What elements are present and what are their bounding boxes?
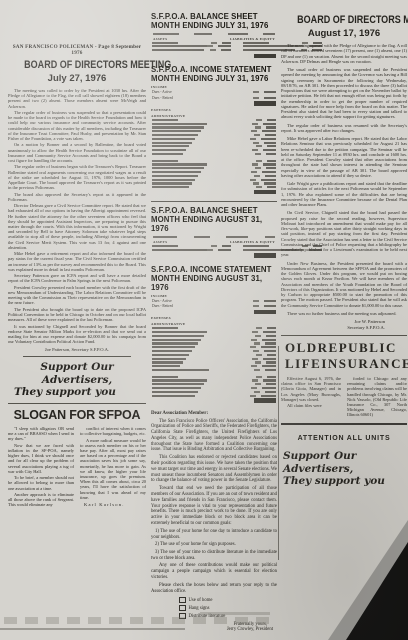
- old-republic-headline-line1: OLD REPUBLIC: [285, 340, 403, 356]
- advert-slogan-line2: They support you: [8, 386, 146, 399]
- table-row: [152, 350, 276, 352]
- checkbox-label: Hang signs: [189, 606, 210, 611]
- divider: [281, 335, 407, 336]
- balance-july-subtitle: MONTH ENDING JULY 31, 1976: [151, 21, 277, 30]
- paragraph: 1) The use of your home for one day to i…: [151, 529, 277, 540]
- paragraph: The meeting was called to order by the P…: [8, 88, 146, 109]
- table-row: [152, 153, 276, 155]
- table-row: [152, 327, 276, 329]
- newspaper-page: SAN FRANCISCO POLICEMAN - Page 8 Septemb…: [0, 0, 408, 640]
- income-august-total: [152, 398, 276, 402]
- table-row: [152, 160, 276, 162]
- headline-word: REPUBLIC: [318, 340, 397, 356]
- signature-title: Secretary S.F.P.O.A.: [281, 325, 385, 331]
- paragraph: 3) The use of your time to distribute li…: [151, 550, 277, 561]
- paragraph: The regular order of business was resume…: [281, 123, 407, 134]
- paragraph: conflict of interest when it comes to co…: [80, 426, 146, 436]
- slogan-article-columns: "I sleep with alligators OR send me a ca…: [8, 426, 146, 509]
- income-july-subtitle: MONTH ENDING JULY 31, 1976: [151, 74, 277, 83]
- income-august-admin-rows: [151, 327, 277, 371]
- paragraph: To be brief, a member should not be allo…: [8, 475, 74, 491]
- insurance-column-2: forded to Chicago and any remaining clai…: [347, 376, 407, 419]
- table-row: [152, 175, 276, 177]
- paragraph: The board also approved the Secretary's …: [8, 192, 146, 202]
- paragraph: Mike Hebel gave a retirement report and …: [8, 251, 146, 272]
- right-column: BOARD OF DIRECTORS MEETING August 17, 19…: [281, 14, 407, 488]
- paragraph: Mike Hebel gave a Labor Relations report…: [281, 136, 407, 178]
- slogan-column-2: conflict of interest when it comes to co…: [80, 426, 146, 509]
- advert-slogan-line1: Support Our Advertisers,: [283, 450, 407, 475]
- table-row: [152, 138, 276, 140]
- advert-slogan-bottom: Support Our Advertisers, They support yo…: [281, 450, 407, 488]
- association-letter: Dear Association Member: The San Francis…: [151, 411, 277, 634]
- middle-column: S.F.P.O.A. BALANCE SHEET MONTH ENDING JU…: [151, 12, 277, 633]
- attention-all-units-title: ATTENTION ALL UNITS: [281, 435, 407, 442]
- paragraph: The regular order of business was suspen…: [8, 110, 146, 141]
- paragraph: It was motioned by Chignell and Seconded…: [8, 324, 146, 345]
- balance-sheet-july: S.F.P.O.A. BALANCE SHEET MONTH ENDING JU…: [151, 12, 277, 58]
- paragraph: Secretary Patterson gave an ICPA report …: [8, 273, 146, 283]
- income-row-label: Dues - Active: [152, 299, 172, 303]
- august-meeting-dateline: August 17, 1976: [281, 28, 407, 39]
- divider-thick: [281, 423, 407, 426]
- table-row: [152, 365, 276, 367]
- table-row: [152, 49, 231, 51]
- income-july-total: [152, 190, 276, 194]
- balance-august-total: [152, 253, 276, 257]
- paragraph: All claim files were: [281, 403, 341, 408]
- slogan-column-2-text: conflict of interest when it comes to co…: [80, 426, 146, 500]
- table-row: [152, 182, 276, 184]
- balance-august-subtitle: MONTH ENDING AUGUST 31, 1976: [151, 215, 277, 233]
- advert-slogan-top: Support Our Advertisers, They support yo…: [8, 361, 146, 399]
- paragraph: Any one of these contributions would mak…: [151, 563, 277, 580]
- table-row: [152, 335, 276, 337]
- paragraph: Effective August 6, 1976, the claims off…: [281, 376, 341, 402]
- table-row: [152, 123, 276, 125]
- paragraph: Toward that end we need the participatio…: [151, 486, 277, 526]
- table-row: [152, 179, 276, 181]
- table-row: [152, 395, 276, 397]
- balance-july-title: S.F.P.O.A. BALANCE SHEET: [151, 12, 277, 21]
- july-meeting-headline: BOARD OF DIRECTORS MEETING: [8, 59, 146, 72]
- table-row: [152, 249, 231, 251]
- scan-smudge: [4, 617, 272, 624]
- paragraph: The regular order of business began with…: [8, 164, 146, 190]
- assets-header: ASSETS: [153, 240, 167, 244]
- assets-header: ASSETS: [153, 37, 167, 41]
- paragraph: The meeting opened with the Pledge of Al…: [281, 43, 407, 64]
- august-meeting-body: The meeting opened with the Pledge of Al…: [281, 43, 407, 316]
- table-row: [152, 358, 276, 360]
- balance-july-meta: [153, 33, 275, 35]
- divider: [8, 403, 146, 404]
- scan-smudge: [200, 612, 270, 615]
- paragraph: Director Delmas gave a Civil Service Com…: [8, 203, 146, 250]
- income-row-label: Dues - Retired: [152, 96, 173, 100]
- expenses-label: EXPENSES: [151, 108, 277, 112]
- headline-word: OLD: [285, 340, 318, 356]
- table-row: [152, 331, 276, 333]
- checkbox-icon: [179, 597, 186, 604]
- paragraph: Gale Wright gave a publications report a…: [281, 181, 407, 207]
- table-row: [152, 145, 276, 147]
- paragraph: On Civil Service, Chignell stated that t…: [281, 210, 407, 257]
- table-row: [152, 142, 276, 144]
- liabilities-header: LIABILITIES & EQUITY: [230, 37, 275, 41]
- letter-closing: Any one of these contributions would mak…: [151, 563, 277, 594]
- paragraph: "I sleep with alligators OR send me a ca…: [8, 426, 74, 442]
- income-august-other-rows: [151, 376, 277, 397]
- table-row: [152, 383, 276, 385]
- income-row-label: Dues - Retired: [152, 304, 173, 308]
- income-statement-august: S.F.P.O.A. INCOME STATEMENT MONTH ENDING…: [151, 265, 277, 403]
- table-row: [152, 369, 276, 371]
- income-statement-july: S.F.P.O.A. INCOME STATEMENT MONTH ENDING…: [151, 65, 277, 194]
- income-row: Dues - Retired: [152, 304, 276, 308]
- paragraph: The San Francisco Police Officers' Assoc…: [151, 419, 277, 453]
- income-label: INCOME: [151, 85, 277, 89]
- table-row: [152, 149, 276, 151]
- table-row: [152, 387, 276, 389]
- paragraph: 2) The use of your home for sign purpose…: [151, 542, 277, 548]
- divider: [23, 356, 131, 357]
- paragraph: Please check the boxes below and return …: [151, 583, 277, 594]
- july-meeting-body: The meeting was called to order by the P…: [8, 88, 146, 344]
- table-row: [152, 361, 276, 363]
- table-row: [152, 354, 276, 356]
- paragraph: There was no further business and the me…: [281, 311, 407, 316]
- paragraph: Under New Business, the President presen…: [281, 261, 407, 308]
- checkbox-row: Hang signs: [179, 605, 277, 612]
- paragraph: On a motion by Bonner and a second by Ba…: [8, 142, 146, 163]
- paragraph: The usual order of business was suspende…: [281, 67, 407, 120]
- income-row: Dues - Active: [152, 90, 276, 94]
- paragraph: This Coalition has endorsed or rejected …: [151, 455, 277, 484]
- paragraph: The President also brought the board up …: [8, 307, 146, 323]
- balance-sheet-august: S.F.P.O.A. BALANCE SHEET MONTH ENDING AU…: [151, 206, 277, 257]
- balance-august-meta: [153, 236, 275, 238]
- left-column: SAN FRANCISCO POLICEMAN - Page 8 Septemb…: [8, 44, 146, 509]
- insurance-column-1: Effective August 6, 1976, the claims off…: [281, 376, 341, 419]
- paragraph: Now that we are faced with inflation in …: [8, 443, 74, 474]
- expenses-label: EXPENSES: [151, 316, 277, 320]
- administrative-label: ADMINISTRATIVE: [151, 114, 277, 118]
- balance-august-column-headers: ASSETS LIABILITIES & EQUITY: [153, 240, 275, 244]
- letter-salutation: Dear Association Member:: [151, 411, 277, 416]
- august-meeting-headline: BOARD OF DIRECTORS MEETING: [281, 14, 407, 27]
- table-row: [152, 391, 276, 393]
- paragraph: Another approach is to eliminate all tho…: [8, 492, 74, 508]
- administrative-label: ADMINISTRATIVE: [151, 322, 277, 326]
- income-july-admin-rows: [151, 119, 277, 155]
- table-row: [152, 171, 276, 173]
- table-row: [152, 163, 276, 165]
- july-meeting-signature: Joe Patterson, Secretary S.F.P.O.A.: [8, 347, 146, 352]
- table-row: [152, 245, 231, 247]
- masthead: SAN FRANCISCO POLICEMAN - Page 8 Septemb…: [8, 44, 146, 56]
- advert-slogan-line1: Support Our Advertisers,: [8, 361, 146, 386]
- slogan-byline: Karl Karlson.: [80, 502, 146, 507]
- balance-july-column-headers: ASSETS LIABILITIES & EQUITY: [153, 37, 275, 41]
- paragraph: A more radical measure would be to asses…: [80, 438, 146, 500]
- letter-body: The San Francisco Police Officers' Assoc…: [151, 419, 277, 527]
- balance-july-table: [151, 42, 277, 53]
- july-meeting-dateline: July 27, 1976: [8, 73, 146, 84]
- table-row: [152, 134, 276, 136]
- headline-word: INSURANCE: [321, 356, 408, 372]
- table-row: [152, 379, 276, 381]
- letter-numbered-items: 1) The use of your home for one day to i…: [151, 529, 277, 562]
- income-row: Dues - Retired: [152, 96, 276, 100]
- table-row: [152, 126, 276, 128]
- paragraph: President Crowley presented each board m…: [8, 285, 146, 306]
- table-row: [152, 186, 276, 188]
- balance-august-assets-rows: [151, 245, 232, 253]
- scan-smudge: [0, 628, 185, 630]
- headline-word: LIFE: [285, 356, 321, 372]
- table-row: [152, 45, 231, 47]
- balance-july-total: [152, 54, 276, 58]
- checkbox-icon: [179, 605, 186, 612]
- slogan-headline: SLOGAN FOR SFPOA: [8, 408, 146, 422]
- august-meeting-signature: Joe W. Patterson Secretary S.F.P.O.A.: [281, 319, 407, 331]
- checkbox-label: Use of home: [189, 598, 213, 603]
- insurance-article-columns: Effective August 6, 1976, the claims off…: [281, 376, 407, 419]
- income-july-other-rows: [151, 160, 277, 189]
- paragraph: forded to Chicago and any remaining clai…: [347, 376, 407, 418]
- table-row: [152, 130, 276, 132]
- income-july-subtotal: [152, 101, 276, 105]
- table-row: [152, 167, 276, 169]
- advert-slogan-line2: They support you: [283, 475, 407, 488]
- table-row: [152, 342, 276, 344]
- old-republic-headline: OLD REPUBLIC LIFE INSURANCE: [285, 340, 403, 372]
- july-meeting-headline-text: BOARD OF DIRECTORS MEETING: [24, 59, 171, 72]
- income-july-title: S.F.P.O.A. INCOME STATEMENT: [151, 65, 277, 74]
- balance-july-assets-rows: [151, 42, 232, 53]
- income-august-subtitle: MONTH ENDING AUGUST 31, 1976: [151, 274, 277, 292]
- column-divider-rule: [278, 346, 279, 560]
- old-republic-headline-line2: LIFE INSURANCE: [285, 356, 403, 372]
- divider: [151, 201, 277, 202]
- balance-august-table: [151, 245, 277, 253]
- balance-august-title: S.F.P.O.A. BALANCE SHEET: [151, 206, 277, 215]
- income-august-title: S.F.P.O.A. INCOME STATEMENT: [151, 265, 277, 274]
- checkbox-row: Use of home: [179, 597, 277, 604]
- slogan-column-1: "I sleep with alligators OR send me a ca…: [8, 426, 74, 509]
- table-row: [152, 339, 276, 341]
- table-row: [152, 346, 276, 348]
- table-row: [152, 42, 231, 44]
- liabilities-header: LIABILITIES & EQUITY: [230, 240, 275, 244]
- table-row: [152, 376, 276, 378]
- income-row-label: Dues - Active: [152, 90, 172, 94]
- income-row: Dues - Active: [152, 299, 276, 303]
- income-august-subtotal: [152, 310, 276, 314]
- august-meeting-headline-text: BOARD OF DIRECTORS MEETING: [297, 14, 408, 27]
- table-row: [152, 119, 276, 121]
- income-label: INCOME: [151, 294, 277, 298]
